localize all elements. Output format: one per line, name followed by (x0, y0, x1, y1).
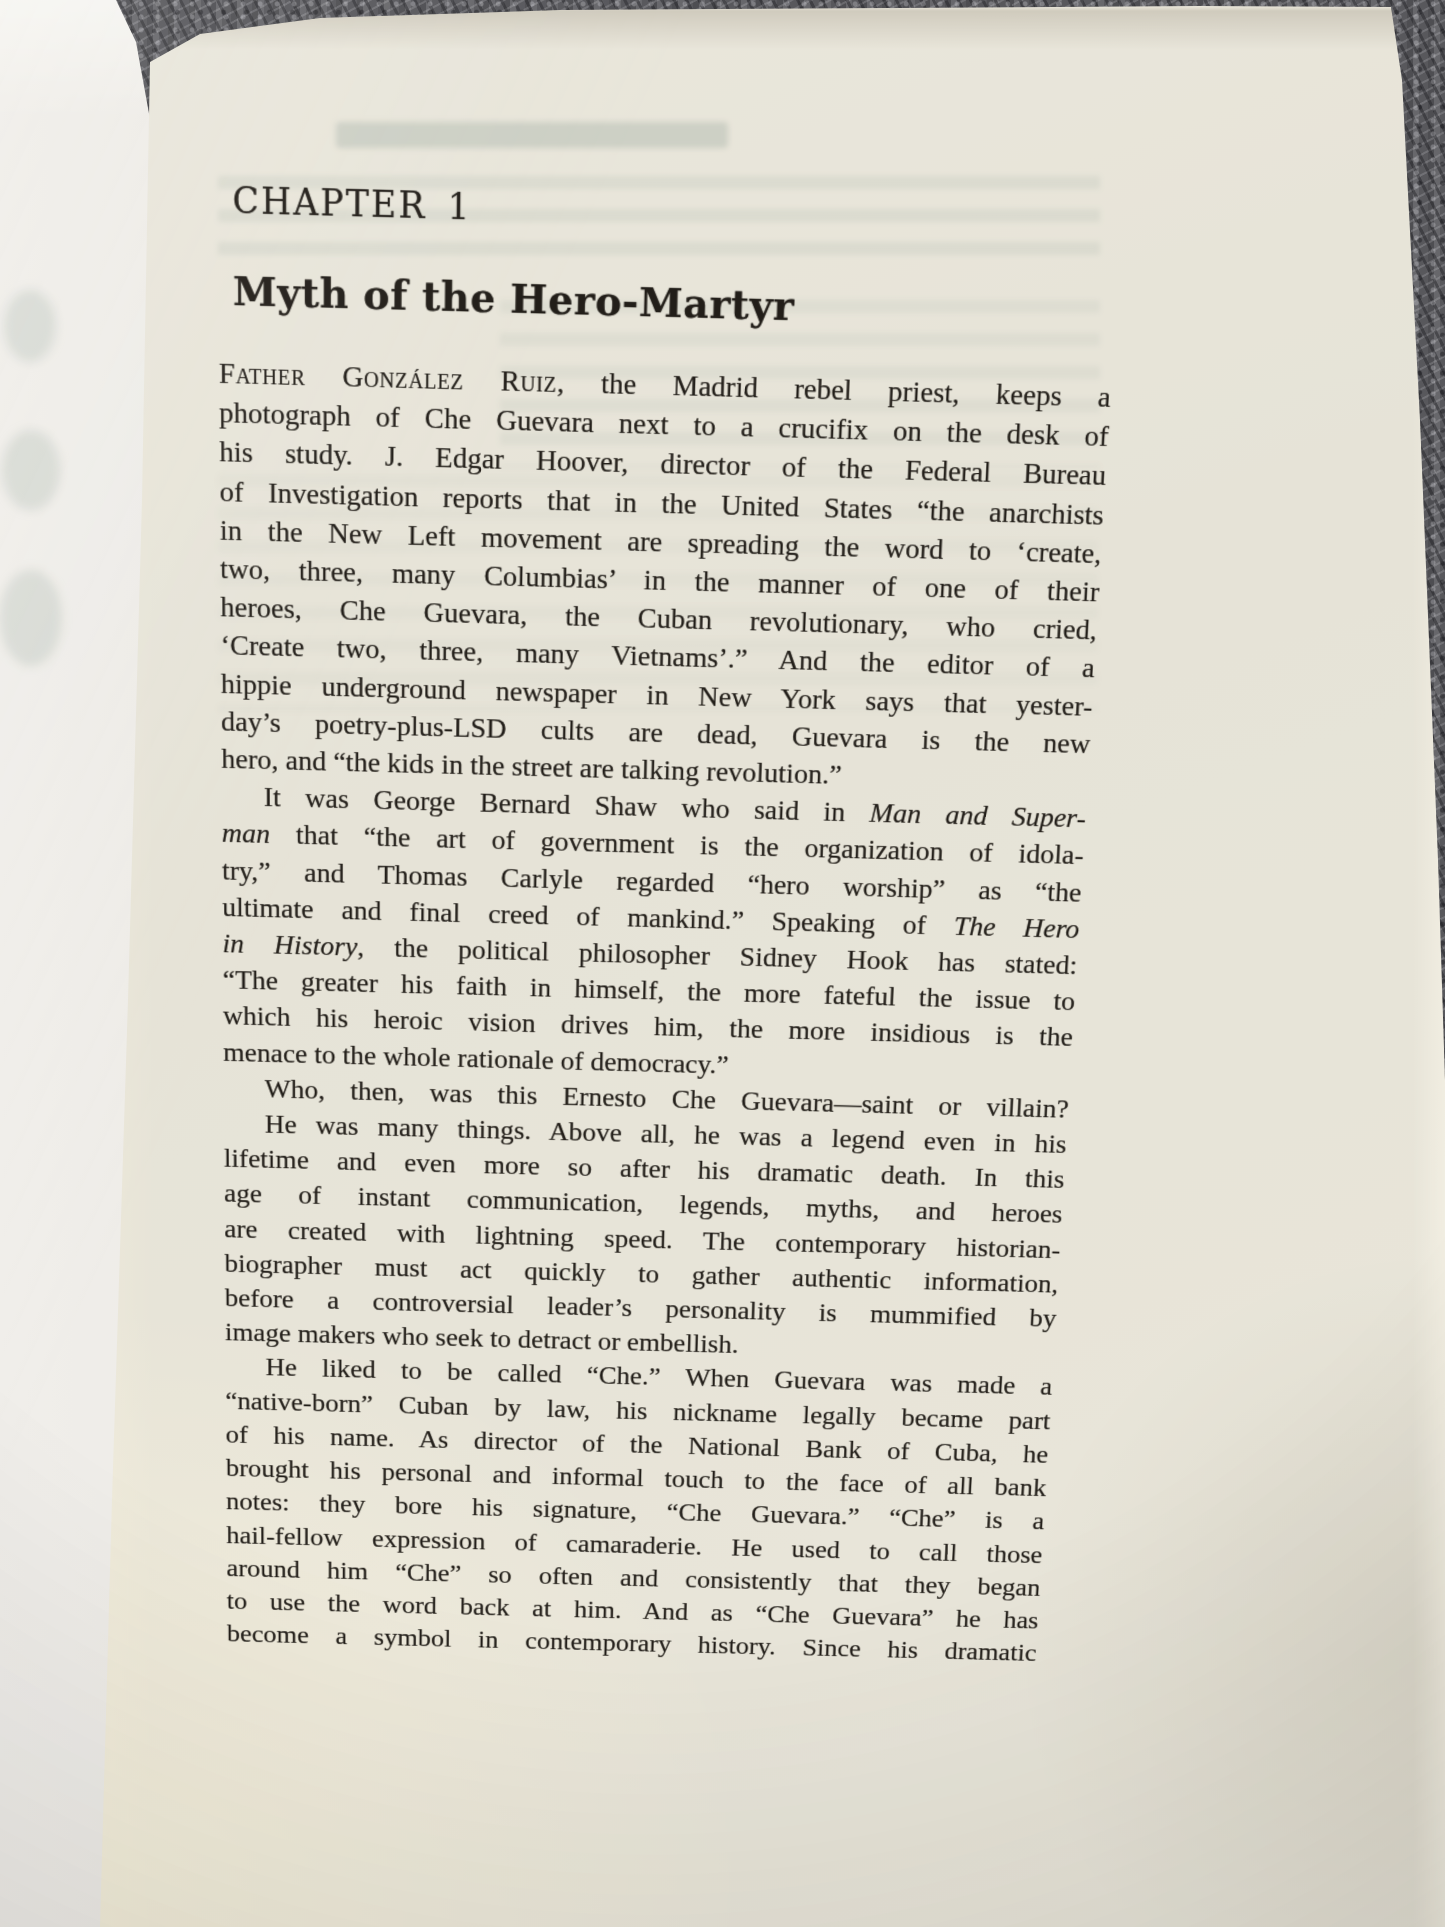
showthrough-text (336, 122, 728, 148)
text-segment: man (222, 818, 270, 850)
text-segment: Father González Ruiz, (219, 357, 565, 399)
facing-page-ghost-mark (4, 290, 56, 362)
facing-page-ghost-mark (0, 570, 62, 666)
book-photo: CHAPTER1 Myth of the Hero-Martyr Father … (0, 0, 1445, 1927)
page-title: Myth of the Hero-Martyr (233, 266, 1117, 339)
body-text: Father González Ruiz, the Madrid rebel p… (219, 354, 1112, 1670)
page-text-block: CHAPTER1 Myth of the Hero-Martyr Father … (218, 179, 1123, 1670)
chapter-number: 1 (447, 185, 472, 228)
text-segment: Man and Super- (869, 798, 1087, 835)
facing-page-ghost-mark (2, 430, 60, 510)
chapter-word: CHAPTER (232, 179, 426, 227)
text-segment: The Hero (953, 911, 1080, 945)
text-segment: in History (222, 929, 357, 963)
